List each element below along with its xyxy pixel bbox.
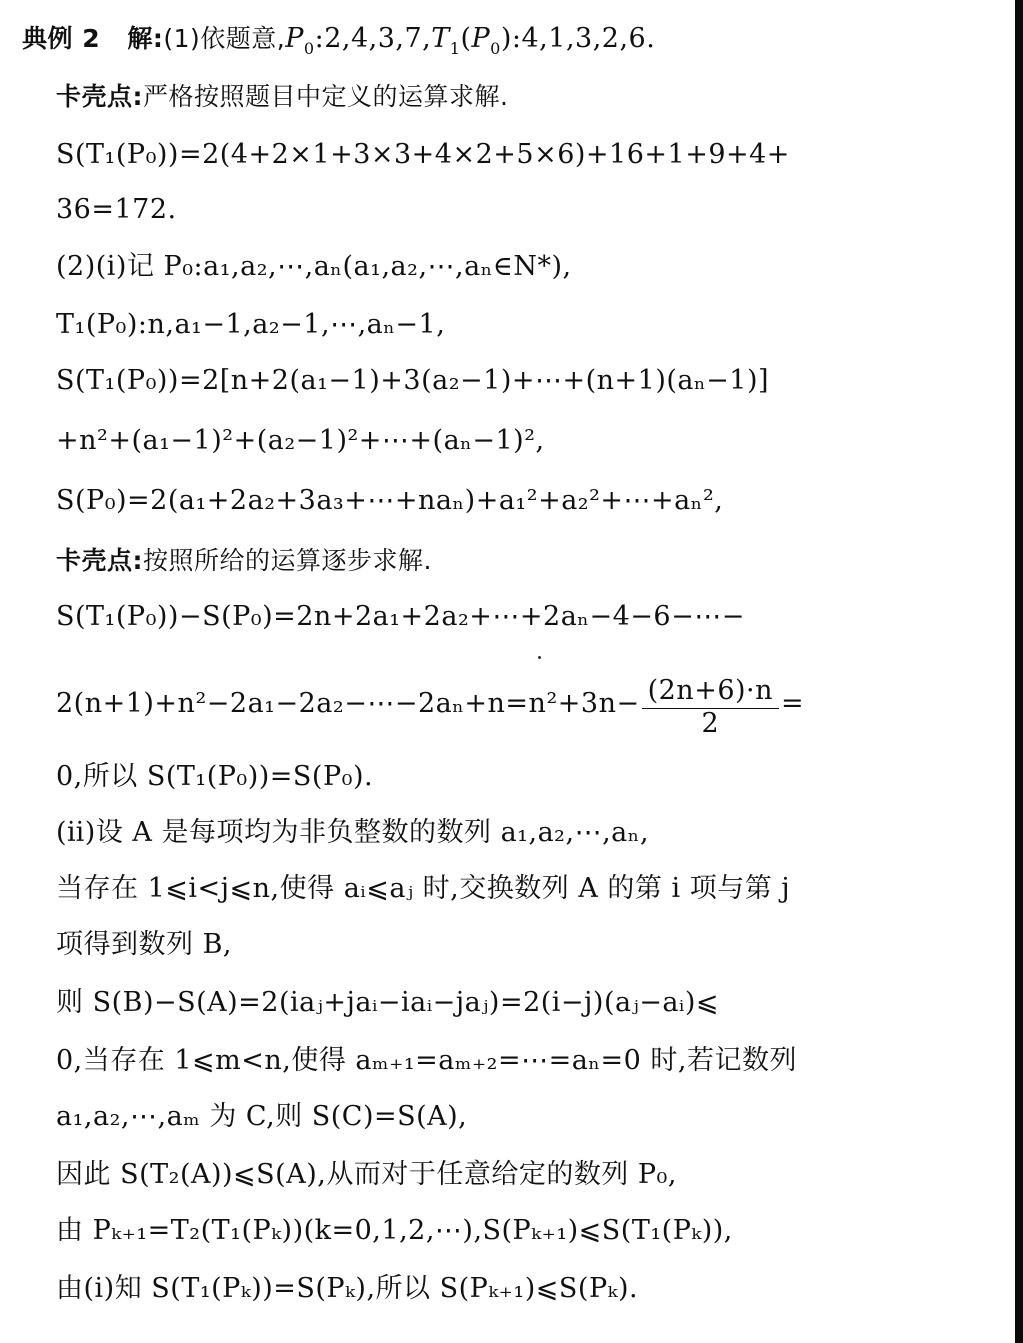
fraction-denominator: 2	[642, 709, 779, 739]
document-page: 典例 2 解:(1)依题意,P0:2,4,3,7,T1(P0):4,1,3,2,…	[0, 0, 1015, 1343]
calc1-line-1: S(T₁(P₀))=2(4+2×1+3×3+4×2+5×6)+16+1+9+4+	[56, 138, 790, 172]
part2ii-line-5: 0,当存在 1⩽m<n,使得 aₘ₊₁=aₘ₊₂=⋯=aₙ=0 时,若记数列	[56, 1044, 797, 1078]
calc2-line-2-left: 2(n+1)+n²−2a₁−2a₂−⋯−2aₙ+n=n²+3n−	[56, 688, 640, 719]
part2ii-line-4: 则 S(B)−S(A)=2(iaⱼ+jaᵢ−iaᵢ−jaⱼ)=2(i−j)(aⱼ…	[56, 986, 719, 1020]
part2ii-line-8: 由 Pₖ₊₁=T₂(T₁(Pₖ))(k=0,1,2,⋯),S(Pₖ₊₁)⩽S(T…	[56, 1214, 733, 1248]
calc2-line-3: 0,所以 S(T₁(P₀))=S(P₀).	[56, 760, 373, 794]
p0-sequence: 2,4,3,7,	[324, 23, 431, 54]
tip-line-1: 卡壳点:严格按照题目中定义的运算求解.	[56, 80, 508, 114]
tip-line-2: 卡壳点:按照所给的运算逐步求解.	[56, 544, 432, 578]
tip-label: 卡壳点:	[56, 546, 143, 575]
part2i-line-3: S(T₁(P₀))=2[n+2(a₁−1)+3(a₂−1)+⋯+(n+1)(aₙ…	[56, 364, 769, 398]
t1p0-sequence: 4,1,3,2,6.	[522, 23, 656, 54]
scan-edge-border	[1015, 0, 1023, 1343]
example-label: 典例 2	[22, 24, 100, 53]
part1-intro: (1)依题意,	[163, 24, 285, 53]
heading-line: 典例 2 解:(1)依题意,P0:2,4,3,7,T1(P0):4,1,3,2,…	[22, 22, 655, 56]
solve-label: 解:	[127, 24, 163, 53]
calc2-line-2: 2(n+1)+n²−2a₁−2a₂−⋯−2aₙ+n=n²+3n−(2n+6)·n…	[56, 676, 804, 739]
tip-label: 卡壳点:	[56, 82, 143, 111]
part2ii-line-1: (ⅱ)设 A 是每项均为非负整数的数列 a₁,a₂,⋯,aₙ,	[56, 816, 649, 850]
calc2-line-1: S(T₁(P₀))−S(P₀)=2n+2a₁+2a₂+⋯+2aₙ−4−6−⋯−	[56, 600, 745, 634]
tip-text: 按照所给的运算逐步求解.	[143, 546, 432, 575]
fraction-numerator: (2n+6)·n	[642, 676, 779, 709]
part2ii-line-2: 当存在 1⩽i<j⩽n,使得 aᵢ⩽aⱼ 时,交换数列 A 的第 i 项与第 j	[56, 872, 790, 906]
part2i-line-5: S(P₀)=2(a₁+2a₂+3a₃+⋯+naₙ)+a₁²+a₂²+⋯+aₙ²,	[56, 484, 723, 518]
part2i-line-1: (2)(ⅰ)记 P₀:a₁,a₂,⋯,aₙ(a₁,a₂,⋯,aₙ∈N*),	[56, 250, 572, 284]
fraction: (2n+6)·n2	[642, 676, 779, 739]
calc1-line-2: 36=172.	[56, 193, 177, 227]
part2i-line-2: T₁(P₀):n,a₁−1,a₂−1,⋯,aₙ−1,	[56, 308, 445, 342]
calc2-line-2-right: =	[781, 688, 804, 719]
part2i-line-4: +n²+(a₁−1)²+(a₂−1)²+⋯+(aₙ−1)²,	[56, 424, 545, 458]
part2ii-line-6: a₁,a₂,⋯,aₘ 为 C,则 S(C)=S(A),	[56, 1100, 467, 1134]
part2ii-line-3: 项得到数列 B,	[56, 928, 232, 962]
tip-text: 严格按照题目中定义的运算求解.	[143, 82, 508, 111]
part2ii-line-9: 由(ⅰ)知 S(T₁(Pₖ))=S(Pₖ),所以 S(Pₖ₊₁)⩽S(Pₖ).	[56, 1272, 638, 1306]
part2ii-line-7: 因此 S(T₂(A))⩽S(A),从而对于任意给定的数列 P₀,	[56, 1158, 677, 1192]
scan-artifact-dot	[538, 656, 541, 659]
